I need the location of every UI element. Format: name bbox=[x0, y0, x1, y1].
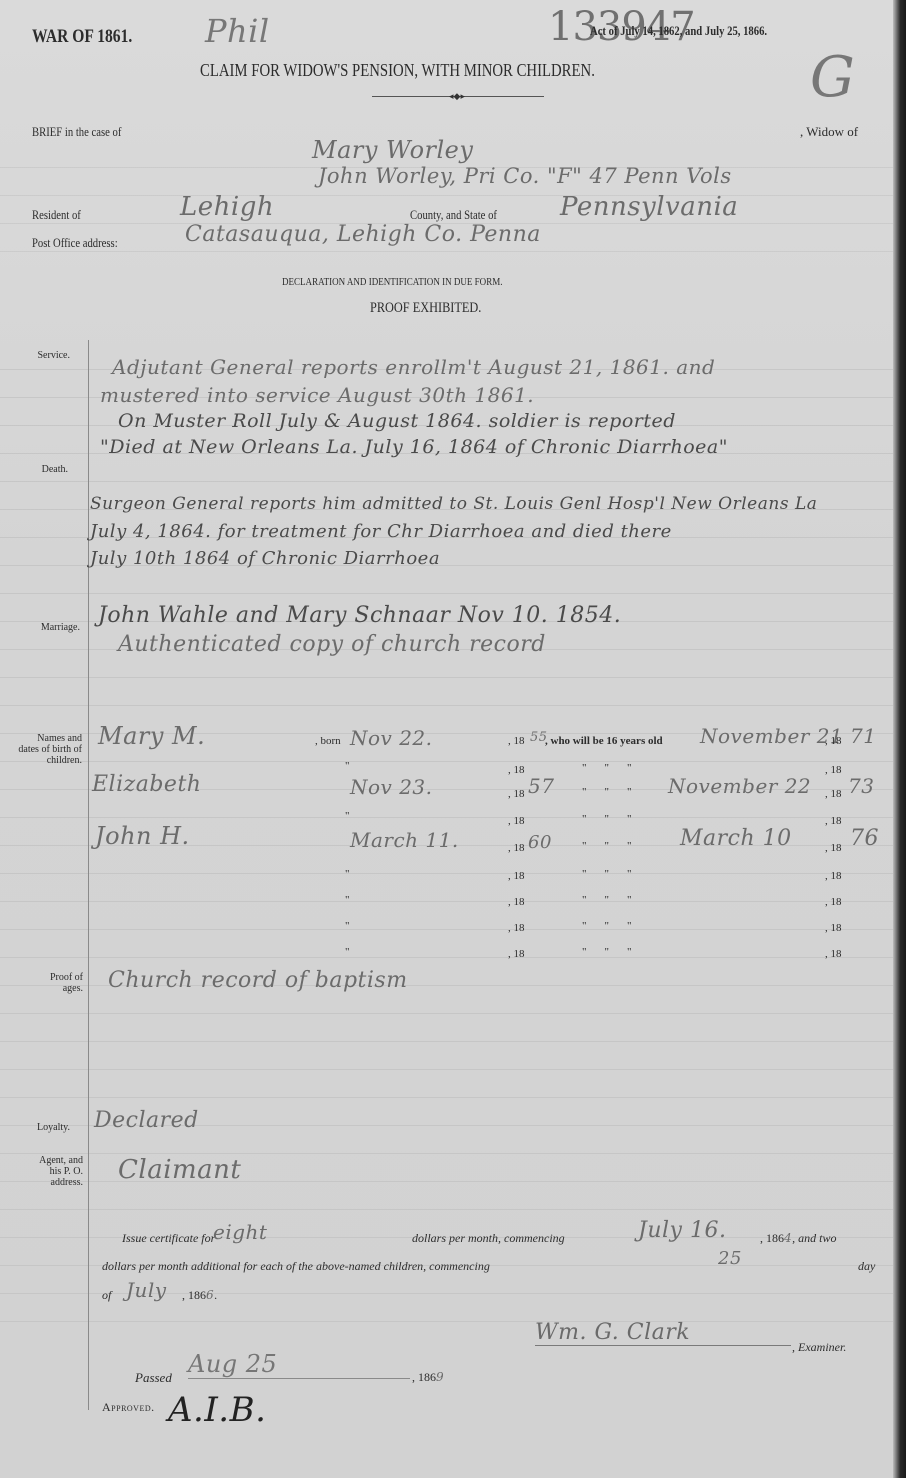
year-prefix: , 18 bbox=[508, 764, 525, 776]
marriage-label: Marriage. bbox=[20, 622, 80, 633]
year-prefix: , 186 bbox=[182, 1288, 206, 1302]
war-heading: WAR OF 1861. bbox=[32, 26, 154, 48]
child-name: John H. bbox=[95, 822, 190, 850]
ditto-mark: " bbox=[582, 946, 605, 958]
year-prefix: , 186 bbox=[760, 1231, 784, 1245]
ditto-mark: " bbox=[627, 920, 650, 932]
period: . bbox=[214, 1288, 217, 1302]
year-digit: 4 bbox=[784, 1231, 792, 1245]
passed-date: Aug 25 bbox=[188, 1350, 410, 1379]
end-year-prefix: , 18 bbox=[825, 870, 842, 882]
proof-of-ages-label: Proof of ages. bbox=[28, 972, 83, 994]
proof-of-ages-value: Church record of baptism bbox=[108, 968, 408, 993]
service-line-4: "Died at New Orleans La. July 16, 1864 o… bbox=[100, 436, 728, 458]
service-line-2: mustered into service August 30th 1861. bbox=[100, 383, 534, 407]
ditto-mark: " bbox=[582, 894, 605, 906]
sixteen-label: , who will be 16 years old bbox=[545, 735, 663, 747]
resident-label-text: Resident of bbox=[32, 207, 81, 223]
end-year-prefix: , 18 bbox=[825, 764, 842, 776]
end-year-prefix: , 18 bbox=[825, 948, 842, 960]
child-born-year: 60 bbox=[528, 832, 552, 853]
ditto-marks: """ bbox=[582, 868, 650, 880]
resident-label: Resident of bbox=[32, 207, 92, 223]
state-value: Pennsylvania bbox=[560, 192, 738, 222]
office-note: Phil bbox=[205, 12, 270, 50]
commencing-date: July 16. bbox=[638, 1218, 726, 1243]
ditto-mark: " bbox=[605, 894, 628, 906]
ditto-mark: " bbox=[605, 762, 628, 774]
child-born-year: 57 bbox=[528, 774, 554, 798]
ditto-mark: " bbox=[345, 894, 350, 906]
children-commencing-month: July bbox=[126, 1278, 167, 1302]
ditto-mark: " bbox=[582, 840, 605, 852]
claimant-name: Mary Worley bbox=[312, 136, 473, 164]
ditto-mark: " bbox=[605, 786, 628, 798]
children-commencing-day: 25 bbox=[718, 1248, 742, 1269]
approved-initials: A.I.B. bbox=[168, 1390, 266, 1430]
proof-exhibited: PROOF EXHIBITED. bbox=[370, 300, 506, 317]
ditto-marks: """ bbox=[582, 786, 650, 798]
act-reference: Act of July 14, 1862, and July 25, 1866. bbox=[590, 23, 806, 39]
agent-value: Claimant bbox=[118, 1155, 241, 1185]
title-ornament-icon: ◂◆▸ bbox=[446, 92, 468, 100]
child-name: Elizabeth bbox=[92, 772, 201, 797]
declaration-line-text: DECLARATION AND IDENTIFICATION IN DUE FO… bbox=[282, 276, 502, 288]
end-year-prefix: , 18 bbox=[825, 735, 842, 747]
ditto-marks: """ bbox=[582, 813, 650, 825]
examiner-label: , Examiner. bbox=[792, 1340, 846, 1355]
county-label: County, and State of bbox=[410, 207, 516, 223]
ditto-mark: " bbox=[345, 810, 350, 822]
service-line-3: On Muster Roll July & August 1864. soldi… bbox=[118, 410, 676, 432]
brief-label: BRIEF in the case of bbox=[32, 124, 141, 140]
soldier-name: John Worley, Pri Co. "F" 47 Penn Vols bbox=[318, 164, 732, 188]
ditto-mark: " bbox=[605, 813, 628, 825]
end-year-prefix: , 18 bbox=[825, 788, 842, 800]
child-sixteen-date: March 10 bbox=[680, 826, 792, 851]
year-prefix: , 18 bbox=[508, 948, 525, 960]
ditto-mark: " bbox=[345, 760, 350, 772]
ditto-marks: """ bbox=[582, 840, 650, 852]
county-label-text: County, and State of bbox=[410, 207, 497, 223]
ditto-mark: " bbox=[627, 868, 650, 880]
year-prefix: , 18 bbox=[508, 870, 525, 882]
year-prefix: , 18 bbox=[508, 735, 525, 747]
ditto-mark: " bbox=[605, 946, 628, 958]
end-year-prefix: , 18 bbox=[825, 815, 842, 827]
born-label: , born bbox=[315, 735, 341, 747]
county-value: Lehigh bbox=[180, 192, 274, 222]
year-prefix: , 18 bbox=[508, 922, 525, 934]
death-line-2: July 4, 1864. for treatment for Chr Diar… bbox=[90, 521, 672, 542]
year-prefix: , 18 bbox=[508, 896, 525, 908]
left-margin-line bbox=[88, 340, 89, 1410]
act-reference-text: Act of July 14, 1862, and July 25, 1866. bbox=[590, 23, 767, 39]
widow-label: , Widow of bbox=[800, 124, 858, 140]
post-office-label: Post Office address: bbox=[32, 235, 136, 251]
end-year-prefix: , 18 bbox=[825, 842, 842, 854]
approved-label: Approved. bbox=[102, 1400, 155, 1415]
child-born-date: Nov 23. bbox=[350, 775, 433, 799]
children-label: Names and dates of birth of children. bbox=[18, 733, 82, 766]
post-office-value: Catasauqua, Lehigh Co. Penna bbox=[185, 222, 541, 247]
war-heading-text: WAR OF 1861. bbox=[32, 26, 132, 48]
child-name: Mary M. bbox=[98, 722, 205, 750]
service-line-1: Adjutant General reports enrollm't Augus… bbox=[112, 355, 715, 379]
form-title-text: CLAIM FOR WIDOW'S PENSION, WITH MINOR CH… bbox=[200, 60, 595, 81]
page-edge-shadow bbox=[893, 0, 906, 1478]
examiner-signature: Wm. G. Clark bbox=[535, 1320, 791, 1346]
corner-mark: G bbox=[810, 45, 855, 110]
dollars-per-month-label: dollars per month, commencing bbox=[412, 1231, 565, 1246]
child-born-date: Nov 22. bbox=[350, 726, 433, 750]
ditto-marks: """ bbox=[582, 920, 650, 932]
child-sixteen-year: 73 bbox=[848, 774, 874, 798]
brief-label-text: BRIEF in the case of bbox=[32, 124, 121, 140]
passed-year: , 1869 bbox=[412, 1370, 444, 1385]
ditto-mark: " bbox=[582, 762, 605, 774]
death-line-3: July 10th 1864 of Chronic Diarrhoea bbox=[90, 548, 440, 569]
ditto-mark: " bbox=[627, 813, 650, 825]
day-label: day bbox=[858, 1259, 875, 1274]
year-prefix: , 18 bbox=[508, 815, 525, 827]
ditto-mark: " bbox=[582, 868, 605, 880]
children-additional-label: dollars per month additional for each of… bbox=[102, 1259, 490, 1274]
year-prefix: , 186 bbox=[412, 1370, 436, 1384]
service-label: Service. bbox=[20, 350, 70, 361]
of-label: of bbox=[102, 1288, 111, 1303]
agent-label: Agent, and his P. O. address. bbox=[26, 1155, 83, 1188]
child-sixteen-year: 71 bbox=[850, 724, 876, 748]
marriage-line-1: John Wahle and Mary Schnaar Nov 10. 1854… bbox=[98, 603, 621, 628]
children-commencing-year: , 1866. bbox=[182, 1288, 217, 1303]
proof-exhibited-text: PROOF EXHIBITED. bbox=[370, 300, 481, 317]
death-label: Death. bbox=[20, 464, 68, 475]
certificate-amount: eight bbox=[213, 1220, 267, 1244]
ditto-mark: " bbox=[605, 920, 628, 932]
passed-label: Passed bbox=[135, 1370, 172, 1386]
declaration-line: DECLARATION AND IDENTIFICATION IN DUE FO… bbox=[282, 276, 551, 288]
marriage-line-2: Authenticated copy of church record bbox=[118, 632, 546, 657]
ditto-mark: " bbox=[605, 868, 628, 880]
ditto-mark: " bbox=[582, 813, 605, 825]
pension-form-page: WAR OF 1861. Phil 133947 Act of July 14,… bbox=[0, 0, 893, 1478]
issue-certificate-label: Issue certificate for bbox=[122, 1231, 215, 1246]
and-two-label: , and two bbox=[792, 1231, 836, 1245]
child-sixteen-year: 76 bbox=[850, 826, 879, 851]
child-sixteen-date: November 22 bbox=[668, 774, 811, 798]
form-title: CLAIM FOR WIDOW'S PENSION, WITH MINOR CH… bbox=[200, 60, 682, 81]
end-year-prefix: , 18 bbox=[825, 896, 842, 908]
ditto-marks: """ bbox=[582, 946, 650, 958]
year-prefix: , 18 bbox=[508, 842, 525, 854]
post-office-label-text: Post Office address: bbox=[32, 235, 118, 251]
loyalty-value: Declared bbox=[94, 1108, 199, 1133]
death-line-1: Surgeon General reports him admitted to … bbox=[90, 494, 817, 514]
year-digit: 6 bbox=[206, 1288, 214, 1302]
ditto-mark: " bbox=[605, 840, 628, 852]
end-year-prefix: , 18 bbox=[825, 922, 842, 934]
ditto-marks: """ bbox=[582, 762, 650, 774]
child-born-date: March 11. bbox=[350, 828, 459, 852]
loyalty-label: Loyalty. bbox=[20, 1122, 70, 1133]
ditto-mark: " bbox=[627, 762, 650, 774]
year-digit: 9 bbox=[436, 1370, 444, 1384]
ditto-mark: " bbox=[627, 946, 650, 958]
ditto-mark: " bbox=[345, 920, 350, 932]
ditto-mark: " bbox=[582, 920, 605, 932]
ditto-mark: " bbox=[627, 786, 650, 798]
ditto-mark: " bbox=[582, 786, 605, 798]
ditto-mark: " bbox=[627, 840, 650, 852]
ditto-mark: " bbox=[345, 868, 350, 880]
year-prefix: , 18 bbox=[508, 788, 525, 800]
commencing-year: , 1864, and two bbox=[760, 1231, 836, 1246]
child-sixteen-date: November 21 bbox=[700, 724, 843, 748]
ditto-marks: """ bbox=[582, 894, 650, 906]
ditto-mark: " bbox=[345, 946, 350, 958]
ditto-mark: " bbox=[627, 894, 650, 906]
